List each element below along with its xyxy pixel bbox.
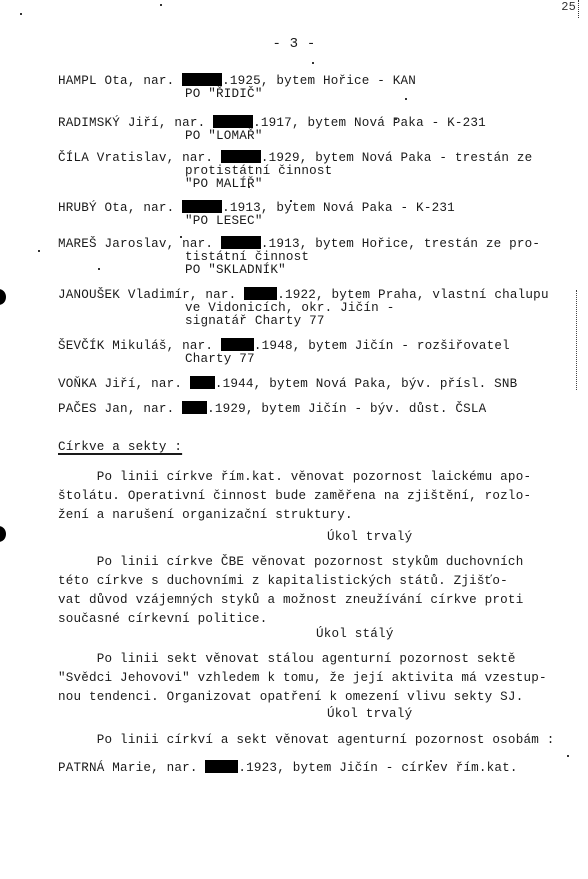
redaction-bar: [221, 150, 261, 163]
paragraph-line: Po linii sekt věnovat stálou agenturní p…: [58, 650, 528, 669]
redaction-bar: [205, 760, 238, 773]
person-details: .1929, bytem Nová Paka - trestán ze: [261, 151, 533, 165]
paragraph-line: Po linii církví a sekt věnovat agenturní…: [58, 731, 528, 750]
paragraph-line: Po linii církve ČBE věnovat pozornost st…: [58, 553, 528, 572]
person-name: MAREŠ Jaroslav, nar.: [58, 237, 221, 251]
person-continuation: "PO MALÍŘ": [58, 178, 532, 191]
page-corner-mark: 25: [561, 0, 576, 14]
person-line: RADIMSKÝ Jiří, nar. .1917, bytem Nová Pa…: [58, 115, 486, 130]
person-name: ŠEVČÍK Mikuláš, nar.: [58, 339, 221, 353]
person-continuation: protistátní činnost: [58, 165, 532, 178]
person-continuation: PO "SKLADNÍK": [58, 264, 540, 277]
corner-tick-mark: [578, 0, 580, 18]
punch-hole-bottom: [0, 526, 6, 542]
paragraph: Po linii církví a sekt věnovat agenturní…: [58, 731, 528, 750]
redaction-bar: [182, 73, 222, 86]
person-line: PAČES Jan, nar. .1929, bytem Jičín - býv…: [58, 401, 486, 416]
scan-edge-artifact: [576, 290, 578, 390]
paragraph-line: žení a narušení organizační struktury.: [58, 506, 528, 525]
scan-speck: [567, 755, 569, 757]
scan-speck: [395, 118, 397, 120]
paragraph-line: této církve s duchovními z kapitalistick…: [58, 572, 528, 591]
scan-speck: [20, 13, 22, 15]
task-label: Úkol trvalý: [327, 530, 412, 544]
person-entry: VOŇKA Jiří, nar. .1944, bytem Nová Paka,…: [58, 376, 517, 391]
paragraph: Po linii církve ČBE věnovat pozornost st…: [58, 553, 528, 629]
scan-speck: [38, 250, 40, 252]
person-line: HRUBÝ Ota, nar. .1913, bytem Nová Paka -…: [58, 200, 455, 215]
scan-speck: [248, 186, 250, 188]
redaction-bar: [244, 287, 277, 300]
redaction-bar: [221, 236, 261, 249]
person-name: RADIMSKÝ Jiří, nar.: [58, 116, 213, 130]
scan-speck: [312, 62, 314, 64]
person-details: .1913, bytem Nová Paka - K-231: [222, 201, 455, 215]
scan-speck: [405, 98, 407, 100]
paragraph-line: Po linii církve řím.kat. věnovat pozorno…: [58, 468, 528, 487]
person-name: JANOUŠEK Vladimír, nar.: [58, 288, 244, 302]
person-details: .1925, bytem Hořice - KAN: [222, 74, 416, 88]
paragraph-line: vat důvod vzájemných styků a možnost zne…: [58, 591, 528, 610]
person-details: .1944, bytem Nová Paka, býv. přísl. SNB: [215, 377, 518, 391]
person-details: .1948, bytem Jičín - rozšiřovatel: [254, 339, 510, 353]
person-name: PAČES Jan, nar.: [58, 402, 182, 416]
scan-speck: [180, 236, 182, 238]
person-name: HRUBÝ Ota, nar.: [58, 201, 182, 215]
person-continuation: signatář Charty 77: [58, 315, 549, 328]
scan-speck: [290, 200, 292, 202]
redaction-bar: [190, 376, 215, 389]
scan-speck: [430, 760, 432, 762]
redaction-bar: [213, 115, 253, 128]
person-entry: ŠEVČÍK Mikuláš, nar. .1948, bytem Jičín …: [58, 338, 510, 366]
person-name: VOŇKA Jiří, nar.: [58, 377, 190, 391]
paragraph-line: současné církevní politice.: [58, 610, 528, 629]
redaction-bar: [182, 200, 222, 213]
person-details: .1923, bytem Jičín - církev řím.kat.: [238, 761, 517, 775]
person-details: .1929, bytem Jičín - býv. důst. ČSLA: [207, 402, 486, 416]
person-details: .1922, bytem Praha, vlastní chalupu: [277, 288, 549, 302]
person-entry: MAREŠ Jaroslav, nar. .1913, bytem Hořice…: [58, 236, 540, 277]
person-name: HAMPL Ota, nar.: [58, 74, 182, 88]
person-line: HAMPL Ota, nar. .1925, bytem Hořice - KA…: [58, 73, 416, 88]
person-entry: PAČES Jan, nar. .1929, bytem Jičín - býv…: [58, 401, 486, 416]
paragraph: Po linii církve řím.kat. věnovat pozorno…: [58, 468, 528, 525]
person-continuation: tistátní činnost: [58, 251, 540, 264]
person-line: JANOUŠEK Vladimír, nar. .1922, bytem Pra…: [58, 287, 549, 302]
person-entry: RADIMSKÝ Jiří, nar. .1917, bytem Nová Pa…: [58, 115, 486, 143]
person-name: ČÍLA Vratislav, nar.: [58, 151, 221, 165]
redaction-bar: [182, 401, 207, 414]
person-details: .1913, bytem Hořice, trestán ze pro-: [261, 237, 540, 251]
punch-hole-top: [0, 289, 6, 305]
person-entry: PATRNÁ Marie, nar. .1923, bytem Jičín - …: [58, 760, 518, 775]
person-entry: HRUBÝ Ota, nar. .1913, bytem Nová Paka -…: [58, 200, 455, 228]
redaction-bar: [221, 338, 254, 351]
person-entry: HAMPL Ota, nar. .1925, bytem Hořice - KA…: [58, 73, 416, 101]
section-heading: Církve a sekty :: [58, 440, 182, 454]
paragraph: Po linii sekt věnovat stálou agenturní p…: [58, 650, 528, 707]
person-name: PATRNÁ Marie, nar.: [58, 761, 205, 775]
paragraph-line: "Svědci Jehovovi" vzhledem k tomu, že je…: [58, 669, 528, 688]
person-details: .1917, bytem Nová Paka - K-231: [253, 116, 486, 130]
person-line: VOŇKA Jiří, nar. .1944, bytem Nová Paka,…: [58, 376, 517, 391]
page-number: - 3 -: [0, 36, 588, 52]
person-continuation: "PO LESEC": [58, 215, 455, 228]
person-continuation: PO "ŘIDIČ": [58, 88, 416, 101]
person-line: ŠEVČÍK Mikuláš, nar. .1948, bytem Jičín …: [58, 338, 510, 353]
person-line: PATRNÁ Marie, nar. .1923, bytem Jičín - …: [58, 760, 518, 775]
task-label: Úkol stálý: [316, 627, 394, 641]
paragraph-line: štolátu. Operativní činnost bude zaměřen…: [58, 487, 528, 506]
person-continuation: Charty 77: [58, 353, 510, 366]
person-line: ČÍLA Vratislav, nar. .1929, bytem Nová P…: [58, 150, 532, 165]
person-line: MAREŠ Jaroslav, nar. .1913, bytem Hořice…: [58, 236, 540, 251]
task-label: Úkol trvalý: [327, 707, 412, 721]
person-entry: ČÍLA Vratislav, nar. .1929, bytem Nová P…: [58, 150, 532, 191]
paragraph-line: nou tendenci. Organizovat opatření k ome…: [58, 688, 528, 707]
person-continuation: PO "LOMAŘ": [58, 130, 486, 143]
scan-speck: [98, 268, 100, 270]
person-entry: JANOUŠEK Vladimír, nar. .1922, bytem Pra…: [58, 287, 549, 328]
scan-speck: [160, 4, 162, 6]
